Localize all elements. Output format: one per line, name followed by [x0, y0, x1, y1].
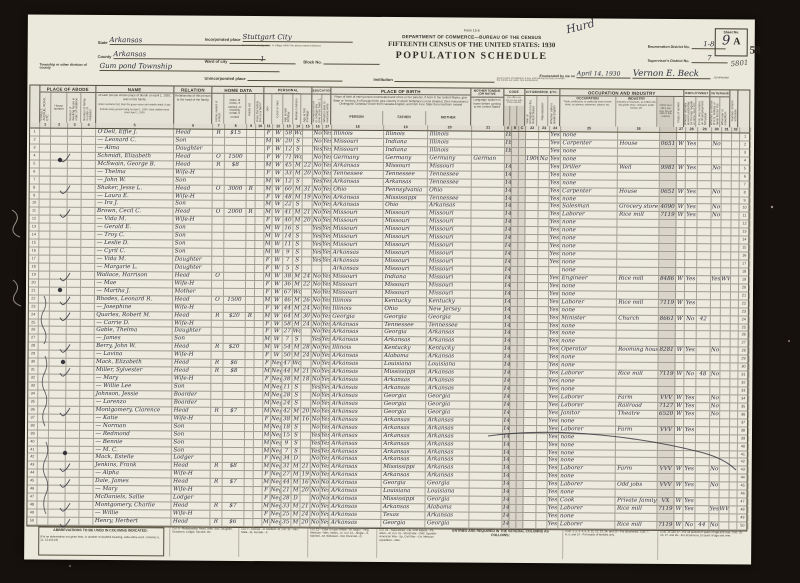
cell-street	[38, 470, 49, 477]
cell-imm	[525, 267, 538, 274]
cell-sex: M	[263, 479, 271, 486]
cell-house	[49, 486, 66, 493]
cell-work	[684, 379, 696, 386]
cell-cb	[511, 354, 518, 361]
cell-street	[39, 311, 50, 318]
cell-nat	[537, 489, 548, 496]
cell-rel: Wife-H	[173, 217, 212, 224]
cell-lnL: 50	[27, 517, 37, 524]
cell-eng: Yes	[550, 172, 561, 179]
cell-mar: M	[293, 313, 302, 320]
cell-street	[39, 263, 50, 270]
cell-lnR: 28	[739, 348, 750, 355]
cell-fs	[730, 419, 738, 426]
table-footer: ABBREVIATIONS TO BE USED IN COLUMNS INDI…	[38, 527, 744, 561]
cell-own: R	[211, 368, 223, 375]
cell-tongue	[472, 147, 505, 154]
cell-own	[211, 423, 223, 430]
cell-fam	[81, 343, 95, 350]
cell-bf: Arkansas	[382, 377, 426, 384]
cell-name: — Lorenzo	[94, 399, 172, 406]
cell-ca: 14	[505, 195, 512, 202]
cell-sex: F	[264, 257, 272, 264]
cell-sex: M	[265, 202, 273, 209]
cell-sex: F	[262, 511, 270, 518]
cell-lnR: 1	[740, 133, 751, 140]
cell-lnL: 16	[29, 248, 39, 255]
cell-cls	[676, 268, 685, 275]
cell-eng: Yes	[548, 458, 559, 465]
colnum-rel: 6	[174, 123, 213, 128]
cell-occ: none	[559, 489, 616, 496]
cell-sex: M	[264, 225, 272, 232]
cell-eng: Yes	[548, 489, 559, 496]
cell-val: $8	[223, 463, 245, 470]
cell-age: 12	[284, 146, 294, 153]
cell-ocode: 4090	[660, 204, 677, 211]
cell-house	[51, 200, 68, 207]
cell-fam	[82, 129, 96, 136]
cell-eln	[696, 403, 710, 410]
cell-own	[212, 265, 224, 272]
cell-radio	[245, 400, 254, 407]
cell-cb	[512, 179, 519, 186]
cell-vet	[711, 228, 721, 235]
legend-col: Col. 23—Naturalized—Na, First papers—Pa,…	[376, 529, 440, 558]
cell-tongue	[470, 370, 503, 377]
cell-dwell	[67, 232, 81, 239]
cell-street	[40, 144, 51, 151]
cell-eng	[549, 267, 560, 274]
cell-own: R	[210, 519, 222, 526]
cell-bm: Georgia	[425, 520, 469, 527]
cell-bm: Missouri	[427, 227, 471, 234]
cell-agem: 20	[303, 170, 313, 177]
cell-cls: W	[675, 403, 684, 410]
cell-bm: Louisiana	[426, 361, 470, 368]
cell-farm	[256, 186, 265, 193]
cell-cb	[512, 211, 519, 218]
cell-ca: 14	[504, 219, 511, 226]
cell-house	[48, 502, 65, 509]
cell-lnL: 12	[29, 216, 39, 223]
cell-rel: Boarder	[172, 399, 211, 406]
cell-house	[50, 248, 67, 255]
cell-vet	[711, 324, 721, 331]
cell-mar: S	[292, 424, 301, 431]
cell-bf: Arkansas	[382, 433, 426, 440]
cell-tongue	[472, 203, 505, 210]
cell-dwell	[66, 391, 80, 398]
cell-ocode	[660, 196, 677, 203]
cell-cc	[517, 481, 524, 488]
cell-war	[720, 475, 730, 482]
cell-lnL: 32	[28, 375, 38, 382]
cell-radio	[246, 328, 255, 335]
cell-age: 50	[283, 353, 293, 360]
cell-sex: F	[265, 194, 273, 201]
cell-lnL: 44	[28, 470, 38, 477]
county-value: Arkansas	[113, 51, 146, 58]
cell-fs	[731, 252, 739, 259]
cell-fs	[731, 348, 739, 355]
cell-rel: Daughter	[173, 264, 212, 271]
cell-ind	[617, 339, 659, 346]
cell-house	[50, 232, 67, 239]
cell-farm	[255, 305, 264, 312]
cell-bm: Arkansas	[426, 465, 470, 472]
cell-cc	[517, 418, 524, 425]
cell-cc	[517, 457, 524, 464]
cell-cls	[677, 133, 686, 140]
cell-fs	[731, 229, 739, 236]
cell-sex: M	[263, 424, 271, 431]
cell-bp: Arkansas	[330, 400, 382, 407]
cell-dwell	[68, 192, 82, 199]
colnum-occ: 25	[561, 126, 618, 131]
cell-ca: 14	[502, 505, 509, 512]
cell-name: Mack, Elizabeth	[94, 359, 172, 366]
cell-agem	[301, 400, 311, 407]
cell-work	[685, 339, 697, 346]
cell-ca: 14	[504, 306, 511, 313]
cell-own: R	[213, 162, 225, 169]
cell-race: W	[273, 138, 284, 145]
cell-vet	[710, 443, 720, 450]
cell-cb	[510, 465, 517, 472]
cell-tongue	[471, 306, 504, 313]
cell-val	[224, 217, 246, 224]
cell-name: — Leslie D.	[95, 240, 173, 247]
cell-ca: 14	[504, 338, 511, 345]
cell-sch: No	[313, 162, 323, 169]
cell-cb	[511, 314, 518, 321]
cell-ind: Rice mill	[616, 371, 658, 378]
cell-occ: none	[561, 148, 618, 155]
cell-house	[50, 327, 67, 334]
cell-bf: Germany	[384, 155, 428, 162]
cell-work: Yes	[685, 300, 697, 307]
cell-name: — Vida M.	[95, 256, 173, 263]
cell-rw: Yes	[323, 178, 332, 185]
entries-col: Cols. 16 and 17—For all persons 5 years …	[657, 531, 747, 560]
cell-sch: Yes	[311, 440, 321, 447]
cell-work	[684, 435, 696, 442]
cell-lnL: 38	[28, 422, 38, 429]
cell-work	[686, 133, 698, 140]
cell-war	[720, 498, 730, 505]
cell-vet	[712, 181, 722, 188]
cell-ocode	[658, 474, 675, 481]
cell-cc	[519, 187, 526, 194]
cell-ocode: 8281	[659, 347, 676, 354]
cell-fam	[81, 264, 95, 271]
cell-vet	[711, 316, 721, 323]
cell-farm	[256, 209, 265, 216]
cell-sch: Yes	[311, 384, 321, 391]
cell-house	[50, 311, 67, 318]
cell-vet	[711, 236, 721, 243]
cell-ca: 14	[504, 330, 511, 337]
cell-cls	[675, 363, 684, 370]
cell-dwell	[66, 478, 80, 485]
cell-bf: Georgia	[382, 393, 426, 400]
cell-sch	[312, 265, 322, 272]
cell-dwell	[67, 287, 81, 294]
cell-sch: Yes	[312, 337, 322, 344]
cell-rel: Daughter	[173, 256, 212, 263]
cell-ocode	[660, 157, 677, 164]
cell-farm	[254, 495, 263, 502]
cell-radio	[246, 320, 255, 327]
cell-rw: No	[321, 496, 330, 503]
cell-bm: Missouri	[427, 234, 471, 241]
cell-vet: No	[710, 403, 720, 410]
cell-fs	[730, 411, 738, 418]
cell-agem: 20	[301, 488, 311, 495]
cell-war	[722, 149, 732, 156]
cell-nat	[539, 164, 550, 171]
cell-war	[720, 427, 730, 434]
cell-tongue	[471, 322, 504, 329]
cell-eng: Yes	[548, 473, 559, 480]
cell-bm: Tennessee	[427, 322, 471, 329]
cell-name: — Mae	[95, 280, 173, 287]
cell-eng: Yes	[549, 307, 560, 314]
cell-lnL: 6	[30, 168, 40, 175]
cell-cc	[518, 307, 525, 314]
cell-farm	[254, 424, 263, 431]
cell-fam	[82, 153, 96, 160]
cell-val	[225, 138, 247, 145]
cell-age: 44	[282, 480, 292, 487]
cell-tongue	[472, 163, 505, 170]
cell-sch: No	[312, 218, 322, 225]
cell-ocode	[658, 379, 675, 386]
cell-fs	[730, 395, 738, 402]
cell-radio	[247, 194, 256, 201]
cell-race: Neg	[271, 495, 282, 502]
cell-name: — Ira J.	[96, 200, 174, 207]
cell-bf: Pennsylvania	[384, 187, 428, 194]
cell-cc	[516, 505, 523, 512]
cell-age: 7	[283, 337, 293, 344]
colnum-radio: 9	[247, 124, 256, 129]
cell-sch: No	[310, 504, 320, 511]
col-group-place-of-birth: PLACE OF BIRTH Place of birth of each pe…	[331, 88, 471, 126]
cell-rel: Wife-H	[172, 415, 211, 422]
cell-nat	[538, 346, 549, 353]
cell-bf: Missouri	[383, 282, 427, 289]
cell-race: W	[273, 154, 284, 161]
cell-sch: Yes	[311, 432, 321, 439]
cell-farm	[256, 202, 265, 209]
cell-fam	[81, 327, 95, 334]
cell-race: W	[272, 352, 283, 359]
cell-sex: M	[263, 440, 271, 447]
cell-nat	[539, 132, 550, 139]
cell-nat	[537, 378, 548, 385]
cell-eng: Yes	[549, 338, 560, 345]
cell-sch: No	[311, 464, 321, 471]
cell-occ: none	[559, 458, 616, 465]
cell-house	[49, 422, 66, 429]
cell-name: — Josephine	[95, 304, 173, 311]
cell-eng: Yes	[550, 148, 561, 155]
cell-nat	[537, 497, 548, 504]
cell-bf: Alabama	[383, 353, 427, 360]
cell-work: Yes	[683, 506, 695, 513]
cell-occ: none	[561, 180, 618, 187]
cell-rw: Yes	[321, 424, 330, 431]
cell-own	[211, 376, 223, 383]
cell-imm	[525, 227, 538, 234]
cell-tongue	[471, 282, 504, 289]
cell-nat	[538, 315, 549, 322]
cell-sex: F	[264, 321, 272, 328]
cell-fs	[730, 459, 738, 466]
cell-val: 2000	[225, 209, 247, 216]
cell-house	[50, 303, 67, 310]
cell-vet	[711, 300, 721, 307]
township-label: Township or other division of county	[40, 63, 98, 71]
cell-occ: Engineer	[560, 275, 617, 282]
cell-eng: Yes	[547, 521, 558, 528]
cell-fam	[81, 224, 95, 231]
cell-fam	[81, 288, 95, 295]
cell-vet	[711, 221, 721, 228]
cell-cb	[510, 441, 517, 448]
cell-farm	[254, 463, 263, 470]
cell-ca: 14	[502, 513, 509, 520]
cell-bf: Arkansas	[382, 456, 426, 463]
cell-street	[39, 279, 50, 286]
cell-age: 48	[284, 194, 294, 201]
cell-cls: W	[676, 276, 685, 283]
cell-cb	[511, 346, 518, 353]
cell-nat	[538, 275, 549, 282]
cell-eln	[697, 220, 711, 227]
cell-war	[720, 435, 730, 442]
col-group-education: EDUCATION Attended school or college any…	[312, 87, 331, 124]
cell-bf: Missouri	[383, 234, 427, 241]
cell-cc	[516, 513, 523, 520]
cell-radio	[245, 455, 254, 462]
cell-farm	[253, 511, 262, 518]
cell-fs	[732, 205, 740, 212]
cell-fs	[731, 260, 739, 267]
cell-ind	[616, 474, 658, 481]
cell-race: Neg	[270, 511, 281, 518]
cell-agem: 20	[300, 519, 310, 526]
cell-fs	[731, 213, 739, 220]
cell-bp: Arkansas	[331, 250, 383, 257]
cell-bm: Arkansas	[425, 512, 469, 519]
cell-radio	[247, 154, 256, 161]
cell-dwell	[67, 248, 81, 255]
cell-tongue	[472, 211, 505, 218]
cell-rel: Son	[173, 225, 212, 232]
cell-rel: Wife-H	[174, 193, 213, 200]
cell-ind	[618, 156, 660, 163]
cell-fs	[732, 189, 740, 196]
cell-ind	[616, 363, 658, 370]
cell-lnR: 22	[739, 300, 750, 307]
col-group-code: CODE (For office use only. Do not write …	[504, 89, 525, 126]
cell-work: Yes	[684, 395, 696, 402]
cell-dwell	[67, 343, 81, 350]
cell-fs	[730, 356, 738, 363]
cell-radio	[246, 305, 255, 312]
cell-sex: M	[262, 519, 270, 526]
cell-lnR: 8	[740, 189, 751, 196]
cell-ind: Theatre	[616, 410, 658, 417]
cell-farm	[253, 519, 262, 526]
cell-ind	[617, 291, 659, 298]
cell-tongue: German	[472, 155, 505, 162]
cell-imm	[526, 132, 539, 139]
cell-imm	[525, 299, 538, 306]
cell-agem	[301, 456, 311, 463]
cell-tongue	[471, 259, 504, 266]
cell-cls	[675, 450, 684, 457]
cell-bf: Ohio	[383, 306, 427, 313]
cell-agem: 18	[301, 376, 311, 383]
cell-work	[684, 355, 696, 362]
cell-sch: No	[311, 400, 321, 407]
cell-cc	[518, 322, 525, 329]
cell-agem: 24	[300, 511, 310, 518]
cell-cls	[676, 323, 685, 330]
colnum-eln: 29	[698, 127, 712, 132]
cell-house	[51, 184, 68, 191]
cell-house	[49, 375, 66, 382]
cell-imm	[524, 362, 537, 369]
cell-tongue	[472, 187, 505, 194]
cell-eng: Yes	[548, 362, 559, 369]
cell-cb	[510, 394, 517, 401]
cell-farm	[254, 416, 263, 423]
cell-age: 44	[282, 368, 292, 375]
cell-sch: No	[311, 480, 321, 487]
cell-rw: Yes	[322, 321, 331, 328]
cell-mar: S	[294, 178, 303, 185]
cell-farm	[255, 336, 264, 343]
cell-fs	[730, 364, 738, 371]
cell-fs	[730, 427, 738, 434]
cell-lnL: 26	[29, 327, 39, 334]
cell-dwell	[66, 367, 80, 374]
cell-dwell	[67, 280, 81, 287]
cell-fam	[81, 303, 95, 310]
cell-age: 22	[284, 202, 294, 209]
cell-bp: Arkansas	[331, 321, 383, 328]
cell-rw: Yes	[322, 258, 331, 265]
cell-race: Neg	[271, 448, 282, 455]
col-group-home-data: HOME DATA Home owned or rented Value of …	[213, 87, 265, 124]
cell-rw: Yes	[321, 448, 330, 455]
cell-fam	[82, 161, 96, 168]
cell-rw	[322, 265, 331, 272]
cell-ca: 14	[503, 481, 510, 488]
cell-lnR: 49	[737, 514, 748, 521]
scanned-census-page: Form 15-6 DEPARTMENT OF COMMERCE—BUREAU …	[0, 0, 800, 583]
cell-agem	[301, 361, 311, 368]
cell-sex: F	[264, 329, 272, 336]
cell-work	[685, 308, 697, 315]
cell-ind	[617, 260, 659, 267]
cell-imm	[525, 259, 538, 266]
